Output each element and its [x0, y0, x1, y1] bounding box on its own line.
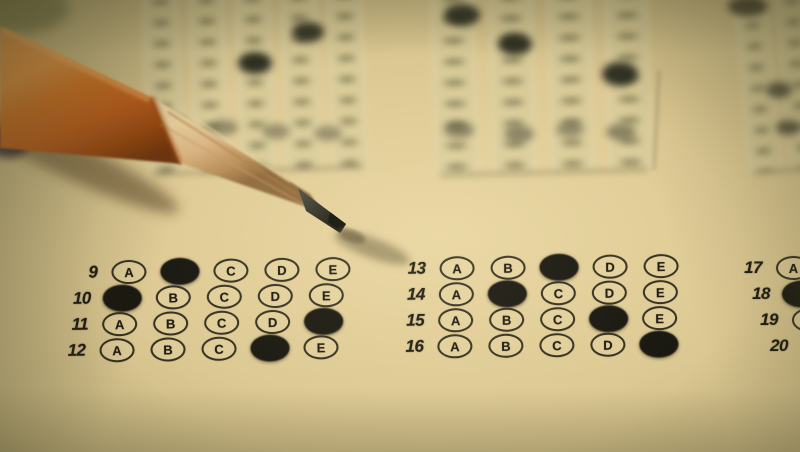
answer-bubble-d: D	[264, 258, 299, 282]
answer-row-10: 10 A B C D E	[53, 282, 344, 312]
bubble-letter: C	[554, 287, 564, 300]
question-number: 18	[740, 284, 770, 304]
bubble-letter: B	[502, 286, 513, 301]
answer-bubble-b: B	[150, 337, 185, 361]
answer-bubble-a: A	[792, 308, 800, 332]
answer-row-16: 16 A B C D E	[385, 331, 676, 360]
answer-bubble-c: C	[207, 284, 242, 308]
answer-bubble-a: A	[99, 338, 134, 362]
answer-bubble-a: A	[439, 282, 474, 306]
blurred-filled-bubble-mark	[602, 62, 638, 86]
answer-row-13: 13 A B C D E	[387, 253, 678, 282]
answer-bubble-d: D	[258, 284, 293, 308]
bubble-letter: A	[124, 265, 134, 278]
answer-bubble-c: C	[201, 337, 236, 361]
answer-row-14: 14 A B C D E	[387, 279, 678, 308]
bubble-letter: E	[654, 337, 664, 352]
bubble-letter: A	[117, 291, 128, 306]
question-number: 19	[748, 310, 778, 330]
blurred-filled-bubble-mark	[504, 126, 534, 142]
answer-bubble-d: D	[250, 334, 290, 361]
answer-bubble-e: E	[639, 331, 678, 358]
answer-row-17: 17 A	[732, 255, 800, 281]
answer-bubble-e: E	[643, 280, 678, 304]
answer-bubble-c: C	[204, 311, 239, 335]
answer-row-11: 11 A B C D E	[50, 308, 341, 338]
question-number: 12	[47, 341, 85, 362]
bubble-letter: B	[166, 317, 176, 330]
answer-bubble-e: E	[642, 306, 677, 330]
bubble-letter: D	[605, 286, 615, 299]
bubble-letter: E	[319, 314, 329, 329]
bubble-letter: B	[163, 343, 173, 356]
blurred-filled-bubble-mark	[776, 120, 800, 135]
answer-bubble-e: E	[315, 257, 350, 281]
answer-bubble-d: D	[592, 280, 627, 304]
bubble-letter: A	[115, 318, 125, 331]
bubble-letter: A	[450, 340, 460, 353]
answer-bubble-a: A	[439, 256, 474, 280]
answer-bubble-a: A	[102, 312, 137, 336]
bubble-letter: E	[655, 312, 664, 325]
question-number: 16	[385, 337, 423, 357]
bubble-letter: B	[502, 313, 512, 326]
question-number: 15	[386, 311, 424, 331]
answer-bubble-b: B	[488, 334, 523, 358]
bubble-letter: C	[217, 316, 227, 329]
answer-bubble-c: C	[539, 254, 578, 281]
bubble-letter: E	[322, 289, 331, 302]
wood-grain-streak	[160, 124, 305, 205]
bubble-letter: D	[265, 341, 276, 356]
answer-bubble-b: B	[156, 285, 191, 309]
bubble-letter: B	[501, 339, 511, 352]
pencil	[0, 0, 430, 300]
answer-bubble-b: B	[488, 280, 527, 307]
bubble-letter: C	[554, 260, 565, 275]
bubble-letter: A	[451, 314, 461, 327]
answer-bubble-c: C	[539, 333, 574, 357]
answer-bubble-e: E	[309, 283, 344, 307]
bubble-letter: C	[220, 290, 230, 303]
scantron-answer-sheet-photo: 9 A B C D E 10 A B C D E 11 A B C D E 12…	[0, 0, 800, 452]
answer-row-15: 15 A B C D E	[386, 305, 677, 334]
blurred-filled-bubble-mark	[498, 33, 532, 55]
answer-row-19: 19 A	[748, 307, 800, 333]
blurred-filled-bubble-mark	[766, 82, 792, 98]
bubble-letter: E	[317, 341, 326, 354]
blurred-filled-bubble-mark	[556, 122, 584, 137]
bubble-letter: A	[796, 287, 800, 302]
bubble-letter: D	[603, 338, 613, 351]
bubble-letter: D	[277, 263, 287, 276]
answer-bubble-b: B	[490, 256, 525, 280]
answer-row-9: 9 A B C D E	[59, 256, 350, 286]
bubble-letter: E	[657, 260, 666, 273]
answer-bubble-a: A	[782, 281, 800, 308]
answer-bubble-a: A	[437, 334, 472, 358]
answer-column-17-20: 17 A 18 A 19 A 20 A	[732, 255, 800, 359]
question-number: 9	[59, 262, 97, 283]
answer-row-18: 18 A	[740, 281, 800, 307]
bubble-letter: D	[268, 315, 278, 328]
answer-bubble-c: C	[541, 281, 576, 305]
answer-row-12: 12 A B C D E	[47, 334, 338, 364]
blurred-corner-shadow	[0, 0, 69, 34]
answer-bubble-a: A	[776, 256, 800, 280]
bubble-letter: A	[789, 262, 798, 275]
bubble-letter: A	[452, 288, 462, 301]
answer-bubble-a: A	[103, 284, 143, 311]
answer-bubble-c: C	[540, 307, 575, 331]
answer-bubble-e: E	[643, 254, 678, 278]
answer-bubble-a: A	[438, 308, 473, 332]
answer-bubble-b: B	[153, 311, 188, 335]
bubble-letter: C	[553, 313, 563, 326]
answer-bubble-e: E	[303, 335, 338, 359]
bubble-letter: E	[656, 286, 665, 299]
answer-bubble-b: B	[489, 308, 524, 332]
answer-bubble-c: C	[213, 258, 248, 282]
bubble-letter: D	[271, 289, 281, 302]
bubble-letter: D	[603, 311, 614, 326]
question-number: 10	[53, 289, 91, 310]
pencil-body	[0, 26, 182, 164]
bubble-letter: A	[112, 344, 122, 357]
bubble-letter: D	[605, 260, 615, 273]
blurred-filled-bubble-mark	[728, 0, 768, 16]
answer-row-20: 20 A	[758, 333, 800, 359]
blurred-filled-bubble-mark	[606, 124, 636, 140]
blurred-filled-bubble-mark	[444, 4, 480, 26]
bubble-letter: B	[169, 291, 179, 304]
answer-bubble-a: A	[111, 260, 146, 284]
bubble-letter: E	[328, 263, 337, 276]
question-number: 14	[387, 285, 425, 305]
bubble-letter: B	[175, 264, 186, 279]
bubble-letter: A	[452, 262, 462, 275]
answer-bubble-d: D	[592, 254, 627, 278]
answer-bubble-b: B	[160, 258, 200, 285]
answer-bubble-e: E	[304, 308, 344, 335]
bubble-letter: C	[552, 339, 562, 352]
answer-bubble-d: D	[589, 305, 628, 332]
answer-column-9-12: 9 A B C D E 10 A B C D E 11 A B C D E 12…	[59, 256, 351, 364]
question-number: 11	[50, 315, 88, 336]
bubble-letter: B	[503, 261, 513, 274]
blurred-filled-bubble-mark	[444, 122, 474, 138]
answer-bubble-d: D	[255, 310, 290, 334]
question-number: 20	[758, 336, 788, 356]
bubble-letter: C	[226, 264, 236, 277]
question-number: 13	[387, 259, 425, 279]
bubble-letter: C	[214, 342, 224, 355]
answer-column-13-16: 13 A B C D E 14 A B C D E 15 A B C D E 1…	[387, 253, 679, 360]
question-number: 17	[732, 258, 762, 278]
answer-bubble-d: D	[590, 333, 625, 357]
